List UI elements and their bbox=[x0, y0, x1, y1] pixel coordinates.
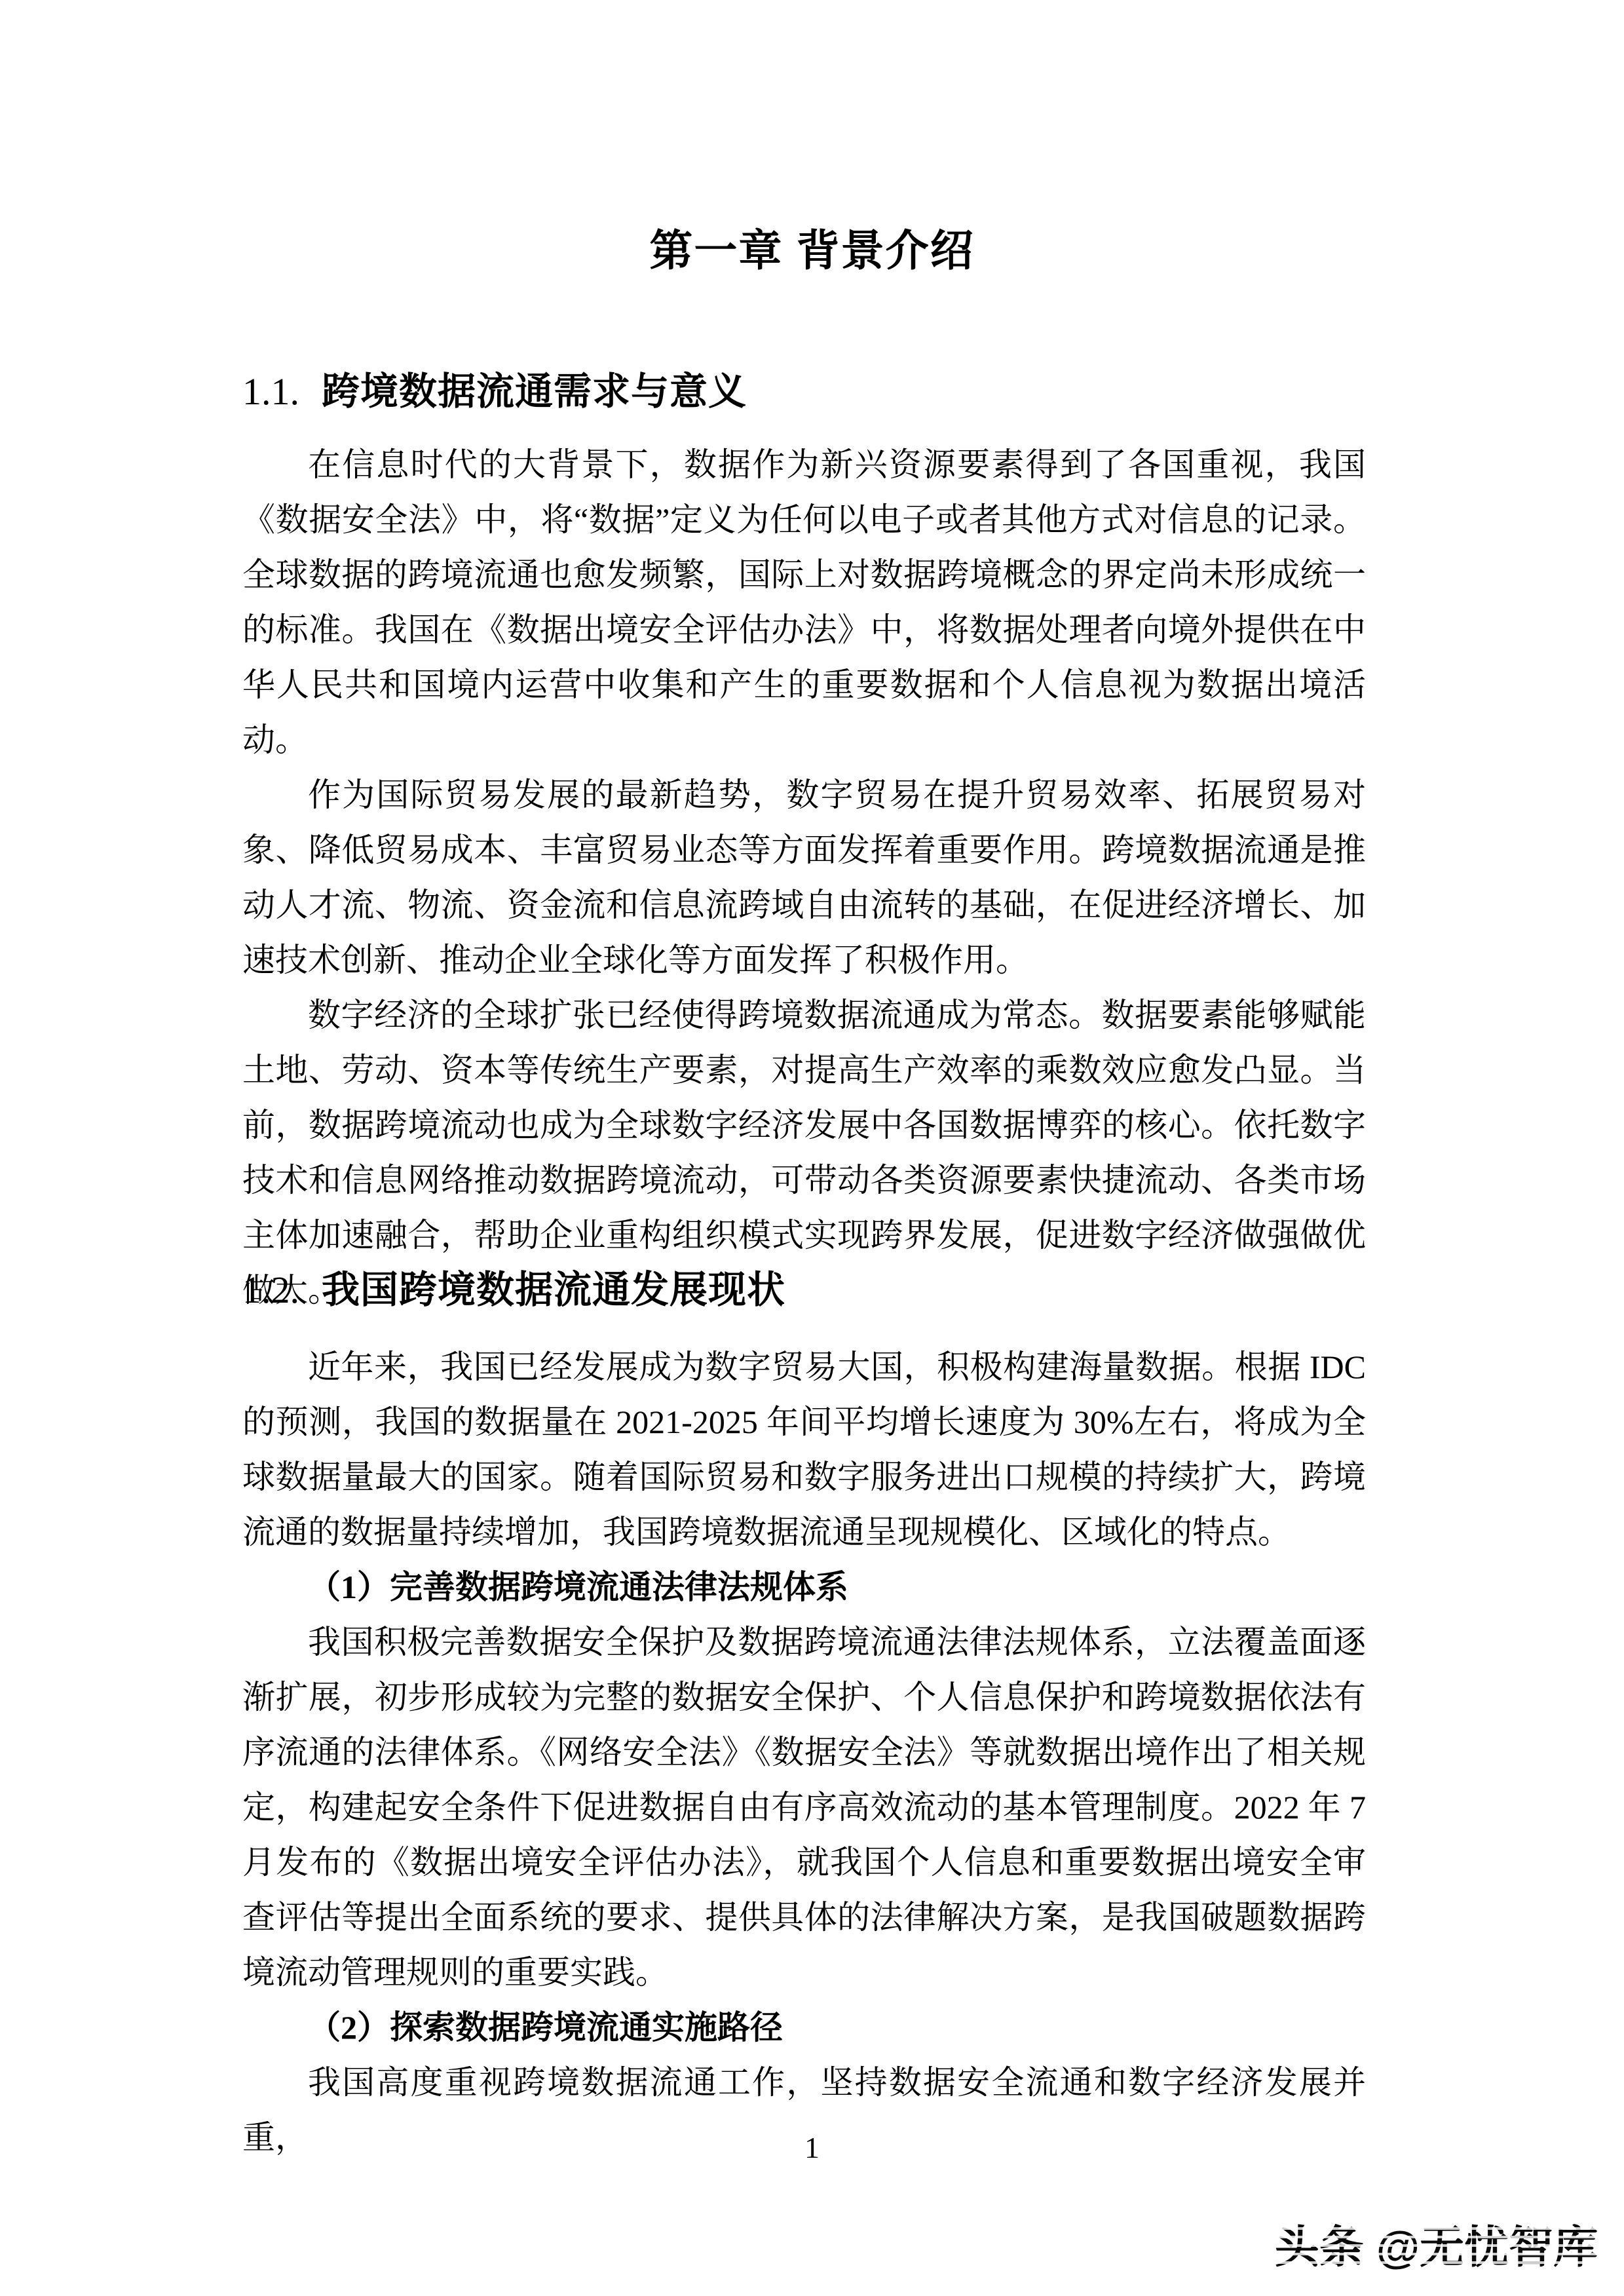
page-number: 1 bbox=[0, 2131, 1624, 2165]
chapter-title: 第一章 背景介绍 bbox=[0, 220, 1624, 280]
section-heading-1-1: 1.1.跨境数据流通需求与意义 bbox=[242, 367, 1366, 417]
subsection-heading-1: （1）完善数据跨境流通法律法规体系 bbox=[242, 1559, 1366, 1615]
body-paragraph: 在信息时代的大背景下，数据作为新兴资源要素得到了各国重视，我国《数据安全法》中，… bbox=[242, 437, 1366, 767]
body-paragraph: 我国积极完善数据安全保护及数据跨境流通法律法规体系，立法覆盖面逐渐扩展，初步形成… bbox=[242, 1615, 1366, 2000]
document-page: 第一章 背景介绍 1.1.跨境数据流通需求与意义 在信息时代的大背景下，数据作为… bbox=[0, 0, 1624, 2296]
section-1-2-body: 近年来，我国已经发展成为数字贸易大国，积极构建海量数据。根据 IDC 的预测，我… bbox=[242, 1339, 1366, 2165]
section-heading-1-2: 1.2.我国跨境数据流通发展现状 bbox=[242, 1265, 1366, 1315]
section-number: 1.1. bbox=[242, 370, 299, 413]
section-number: 1.2. bbox=[242, 1269, 299, 1311]
section-heading-text: 我国跨境数据流通发展现状 bbox=[322, 1269, 785, 1311]
watermark: 头条 @无忧智库 bbox=[1275, 2221, 1598, 2274]
section-1-1-body: 在信息时代的大背景下，数据作为新兴资源要素得到了各国重视，我国《数据安全法》中，… bbox=[242, 437, 1366, 1318]
body-paragraph: 作为国际贸易发展的最新趋势，数字贸易在提升贸易效率、拓展贸易对象、降低贸易成本、… bbox=[242, 767, 1366, 987]
section-heading-text: 跨境数据流通需求与意义 bbox=[322, 370, 747, 413]
body-paragraph: 近年来，我国已经发展成为数字贸易大国，积极构建海量数据。根据 IDC 的预测，我… bbox=[242, 1339, 1366, 1559]
subsection-heading-2: （2）探索数据跨境流通实施路径 bbox=[242, 2000, 1366, 2055]
